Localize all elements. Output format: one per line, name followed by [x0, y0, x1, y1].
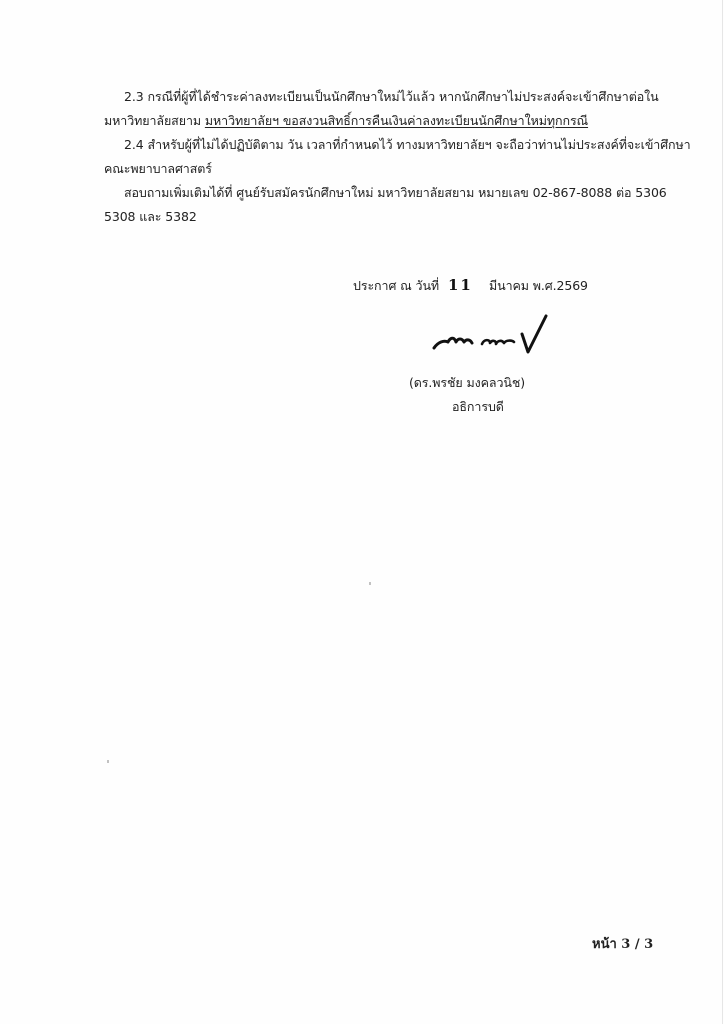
- page-edge: [722, 0, 723, 1024]
- refund-policy-underlined: มหาวิทยาลัยฯ ขอสงวนสิทธิ์การคืนเงินค่าลง…: [205, 113, 588, 128]
- document-page: 2.3 กรณีที่ผู้ที่ได้ชำระค่าลงทะเบียนเป็น…: [0, 0, 724, 1024]
- signatory-name: (ดร.พรชัย มงคลวนิช): [409, 375, 525, 391]
- announcement-month-year: มีนาคม พ.ศ.2569: [489, 278, 588, 294]
- signatory-title: อธิการบดี: [452, 399, 504, 415]
- paragraph-2-3-line-2: มหาวิทยาลัยสยาม มหาวิทยาลัยฯ ขอสงวนสิทธิ…: [104, 113, 588, 129]
- signature-icon: [428, 312, 558, 362]
- contact-line-1: สอบถามเพิ่มเติมได้ที่ ศูนย์รับสมัครนักศึ…: [124, 185, 667, 201]
- contact-line-2: 5308 และ 5382: [104, 209, 197, 225]
- paragraph-2-4-line-2: คณะพยาบาลศาสตร์: [104, 161, 212, 177]
- scan-speck: [369, 582, 371, 585]
- paragraph-2-4-line-1: 2.4 สำหรับผู้ที่ไม่ได้ปฏิบัติตาม วัน เวล…: [124, 137, 691, 153]
- paragraph-2-3-text: มหาวิทยาลัยสยาม: [104, 113, 205, 128]
- announcement-prefix: ประกาศ ณ วันที่: [353, 278, 439, 294]
- scan-speck: [107, 760, 109, 763]
- paragraph-2-3-line-1: 2.3 กรณีที่ผู้ที่ได้ชำระค่าลงทะเบียนเป็น…: [124, 89, 659, 105]
- announcement-day: 11: [448, 276, 473, 294]
- page-number: หน้า 3 / 3: [592, 933, 653, 954]
